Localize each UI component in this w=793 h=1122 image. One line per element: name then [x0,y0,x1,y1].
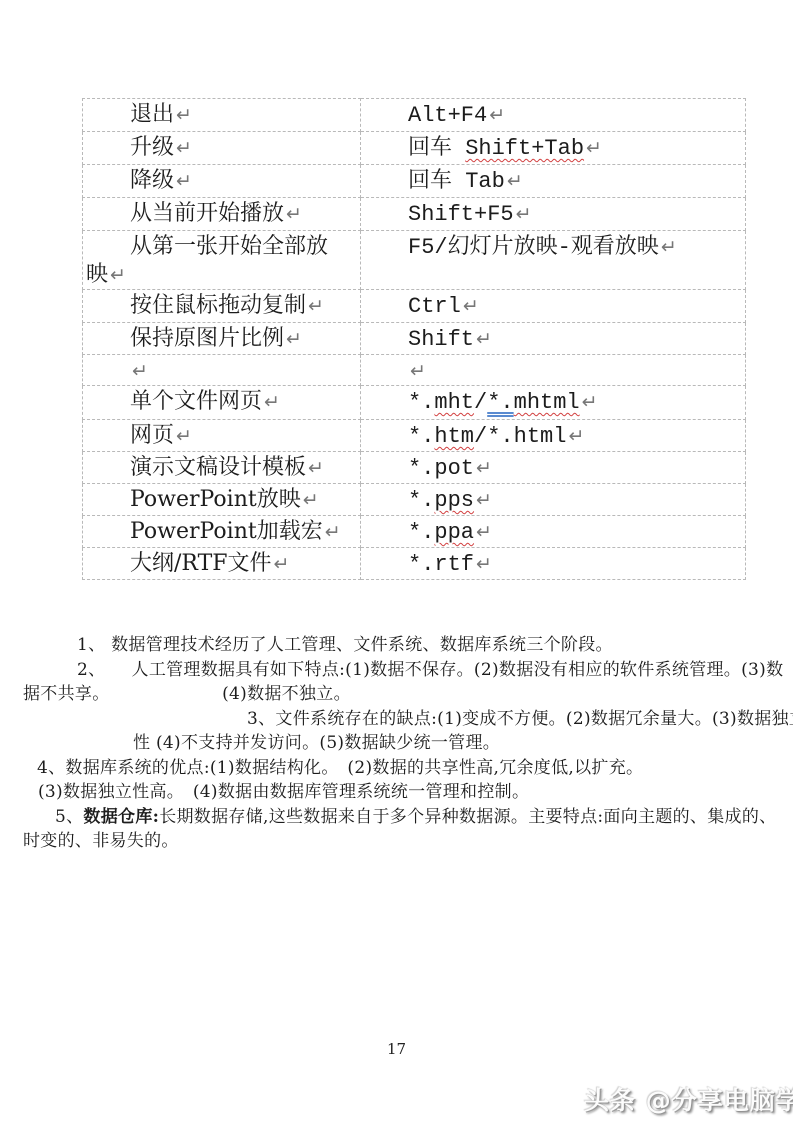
action-cell: 从当前开始播放↵ [83,198,361,231]
action-label: 演示文稿设计模板 [130,455,306,480]
shortcut-label: Shift [408,327,474,352]
shortcut-cell: 回车 Shift+Tab↵ [361,132,746,165]
table-row: 按住鼠标拖动复制↵ Ctrl↵ [83,290,746,323]
action-cell: 按住鼠标拖动复制↵ [83,290,361,323]
action-label: 退出 [130,102,174,127]
end-of-cell-mark-icon: ↵ [286,203,302,225]
end-of-cell-mark-icon: ↵ [476,328,492,350]
note-line-2: 2、 人工管理数据具有如下特点:(1)数据不保存。(2)数据没有相应的软件系统管… [77,658,783,683]
end-of-cell-mark-icon: ↵ [303,489,319,511]
end-of-cell-mark-icon: ↵ [176,170,192,192]
table-row: 升级↵ 回车 Shift+Tab↵ [83,132,746,165]
shortcut-label: Alt+F4 [408,103,487,128]
shortcut-label: 回车 [408,136,465,161]
shortcuts-table-container: 退出↵ Alt+F4↵ 升级↵ 回车 Shift+Tab↵ 降级↵ 回车 Tab… [82,98,746,580]
table-row: 保持原图片比例↵ Shift↵ [83,323,746,355]
table-row: 网页↵ *.htm/*.html↵ [83,420,746,452]
page-number: 17 [0,1040,793,1058]
action-label: 按住鼠标拖动复制 [130,293,306,318]
action-label: 从当前开始播放 [130,201,284,226]
action-cell: 大纲/RTF文件↵ [83,548,361,580]
action-label: PowerPoint加载宏 [130,519,323,544]
shortcut-cell: Shift↵ [361,323,746,355]
shortcut-cell: Alt+F4↵ [361,99,746,132]
shortcut-cell: *.rtf↵ [361,548,746,580]
note-line-4: 3、文件系统存在的缺点:(1)变成不方便。(2)数据冗余量大。(3)数据独立 [247,707,783,732]
note-line-3: 据不共享。 (4)数据不独立。 [23,682,783,707]
action-cell: 网页↵ [83,420,361,452]
end-of-cell-mark-icon: ↵ [176,425,192,447]
table-row: 退出↵ Alt+F4↵ [83,99,746,132]
shortcut-label-misspelled: htm [434,424,474,449]
table-row: 演示文稿设计模板↵ *.pot↵ [83,452,746,484]
note-line-7: (3)数据独立性高。 (4)数据由数据库管理系统统一管理和控制。 [38,780,783,805]
end-of-cell-mark-icon: ↵ [176,137,192,159]
note-line-6: 4、数据库系统的优点:(1)数据结构化。 (2)数据的共享性高,冗余度低,以扩充… [37,756,783,781]
end-of-cell-mark-icon: ↵ [661,236,677,258]
action-cell: PowerPoint加载宏↵ [83,516,361,548]
end-of-cell-mark-icon: ↵ [410,360,426,382]
shortcuts-table: 退出↵ Alt+F4↵ 升级↵ 回车 Shift+Tab↵ 降级↵ 回车 Tab… [82,98,746,580]
action-cell: 从第一张开始全部放映↵ [83,231,361,290]
watermark: 头条 @分享电脑学习 [584,1081,793,1117]
shortcut-cell: *.mht/*.mhtml↵ [361,386,746,420]
end-of-cell-mark-icon: ↵ [476,489,492,511]
action-cell: 升级↵ [83,132,361,165]
table-row: 降级↵ 回车 Tab↵ [83,165,746,198]
end-of-cell-mark-icon: ↵ [264,391,280,413]
shortcut-cell: ↵ [361,355,746,386]
shortcut-label-grammar: *. [487,390,513,415]
action-label: 保持原图片比例 [130,326,284,351]
action-label: 网页 [130,423,174,448]
end-of-cell-mark-icon: ↵ [463,295,479,317]
end-of-cell-mark-icon: ↵ [325,521,341,543]
action-label: 降级 [130,168,174,193]
table-row: 从第一张开始全部放映↵ F5/幻灯片放映-观看放映↵ [83,231,746,290]
end-of-cell-mark-icon: ↵ [489,104,505,126]
shortcut-label-misspelled: pps [434,488,474,513]
end-of-cell-mark-icon: ↵ [308,457,324,479]
end-of-cell-mark-icon: ↵ [582,391,598,413]
end-of-cell-mark-icon: ↵ [586,137,602,159]
action-cell: 演示文稿设计模板↵ [83,452,361,484]
end-of-cell-mark-icon: ↵ [308,295,324,317]
action-cell: 退出↵ [83,99,361,132]
shortcut-label: *.rtf [408,552,474,577]
shortcut-cell: 回车 Tab↵ [361,165,746,198]
shortcut-cell: Shift+F5↵ [361,198,746,231]
action-label: 单个文件网页 [130,389,262,414]
shortcut-label: Shift+F5 [408,202,514,227]
action-label: PowerPoint放映 [130,487,301,512]
action-label: 大纲/RTF文件 [130,551,272,576]
notes-section: 1、 数据管理技术经历了人工管理、文件系统、数据库系统三个阶段。 2、 人工管理… [23,633,783,854]
note-line-1: 1、 数据管理技术经历了人工管理、文件系统、数据库系统三个阶段。 [77,633,783,658]
table-row: ↵ ↵ [83,355,746,386]
shortcut-label-misspelled: mhtml [514,390,580,415]
end-of-cell-mark-icon: ↵ [132,360,148,382]
action-label: 升级 [130,135,174,160]
end-of-cell-mark-icon: ↵ [476,457,492,479]
shortcut-label-misspelled: ppa [434,520,474,545]
action-cell: 降级↵ [83,165,361,198]
document-page: 退出↵ Alt+F4↵ 升级↵ 回车 Shift+Tab↵ 降级↵ 回车 Tab… [0,0,793,1122]
note-line-8: 5、数据仓库:长期数据存储,这些数据来自于多个异种数据源。主要特点:面向主题的、… [55,805,783,830]
end-of-cell-mark-icon: ↵ [274,553,290,575]
note-line-5: 性 (4)不支持并发访问。(5)数据缺少统一管理。 [133,731,783,756]
end-of-cell-mark-icon: ↵ [568,425,584,447]
shortcut-cell: *.htm/*.html↵ [361,420,746,452]
table-row: PowerPoint加载宏↵ *.ppa↵ [83,516,746,548]
note-term-bold: 数据仓库: [83,807,159,827]
table-row: PowerPoint放映↵ *.pps↵ [83,484,746,516]
end-of-cell-mark-icon: ↵ [476,553,492,575]
end-of-cell-mark-icon: ↵ [476,521,492,543]
shortcut-label-misspelled: mht [434,390,474,415]
action-label-wrapped: 映↵ [86,261,357,289]
shortcut-cell: *.ppa↵ [361,516,746,548]
shortcut-label: F5/幻灯片放映-观看放映 [408,235,659,260]
table-row: 大纲/RTF文件↵ *.rtf↵ [83,548,746,580]
table-row: 从当前开始播放↵ Shift+F5↵ [83,198,746,231]
table-row: 单个文件网页↵ *.mht/*.mhtml↵ [83,386,746,420]
end-of-cell-mark-icon: ↵ [110,264,126,286]
shortcut-label: Ctrl [408,294,461,319]
action-cell: ↵ [83,355,361,386]
action-cell: 保持原图片比例↵ [83,323,361,355]
shortcut-label: 回车 Tab [408,169,505,194]
shortcut-cell: *.pot↵ [361,452,746,484]
action-cell: PowerPoint放映↵ [83,484,361,516]
note-line-9: 时变的、非易失的。 [23,829,783,854]
end-of-cell-mark-icon: ↵ [516,203,532,225]
end-of-cell-mark-icon: ↵ [286,328,302,350]
shortcut-cell: F5/幻灯片放映-观看放映↵ [361,231,746,290]
action-cell: 单个文件网页↵ [83,386,361,420]
shortcut-cell: *.pps↵ [361,484,746,516]
shortcut-cell: Ctrl↵ [361,290,746,323]
action-label: 从第一张开始全部放 [130,234,328,259]
shortcut-label: *.pot [408,456,474,481]
end-of-cell-mark-icon: ↵ [507,170,523,192]
end-of-cell-mark-icon: ↵ [176,104,192,126]
shortcut-label-misspelled: Shift+Tab [465,136,584,161]
